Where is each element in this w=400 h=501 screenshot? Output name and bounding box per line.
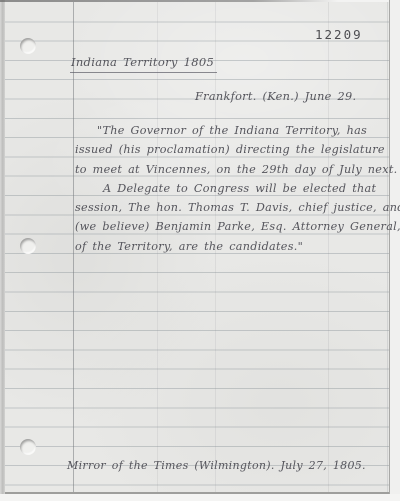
- document-heading: Indiana Territory 1805: [70, 55, 217, 73]
- dateline: Frankfort. (Ken.) June 29.: [195, 90, 356, 103]
- page-number-stamp: 12209: [315, 27, 363, 42]
- scan-edge-top: [0, 0, 338, 2]
- scan-edge-bottom: [0, 494, 400, 501]
- body-line: A Delegate to Congress will be elected t…: [75, 179, 400, 198]
- punch-hole: [20, 238, 36, 254]
- source-citation: Mirror of the Times (Wilmington). July 2…: [67, 459, 366, 472]
- scanned-document: 12209 Indiana Territory 1805 Frankfort. …: [0, 0, 400, 501]
- margin-line: [73, 2, 74, 492]
- body-line: (we believe) Benjamin Parke, Esq. Attorn…: [75, 217, 400, 236]
- document-page: 12209 Indiana Territory 1805 Frankfort. …: [5, 2, 389, 494]
- body-line: session, The hon. Thomas T. Davis, chief…: [75, 198, 400, 217]
- body-line: of the Territory, are the candidates.": [75, 237, 400, 256]
- body-paragraph: "The Governor of the Indiana Territory, …: [75, 121, 400, 256]
- punch-hole: [20, 38, 36, 54]
- punch-hole: [20, 439, 36, 455]
- body-line: "The Governor of the Indiana Territory, …: [75, 121, 400, 140]
- body-line: issued (his proclamation) directing the …: [75, 140, 400, 159]
- heading-text: Indiana Territory 1805: [70, 55, 217, 73]
- body-line: to meet at Vincennes, on the 29th day of…: [75, 160, 400, 179]
